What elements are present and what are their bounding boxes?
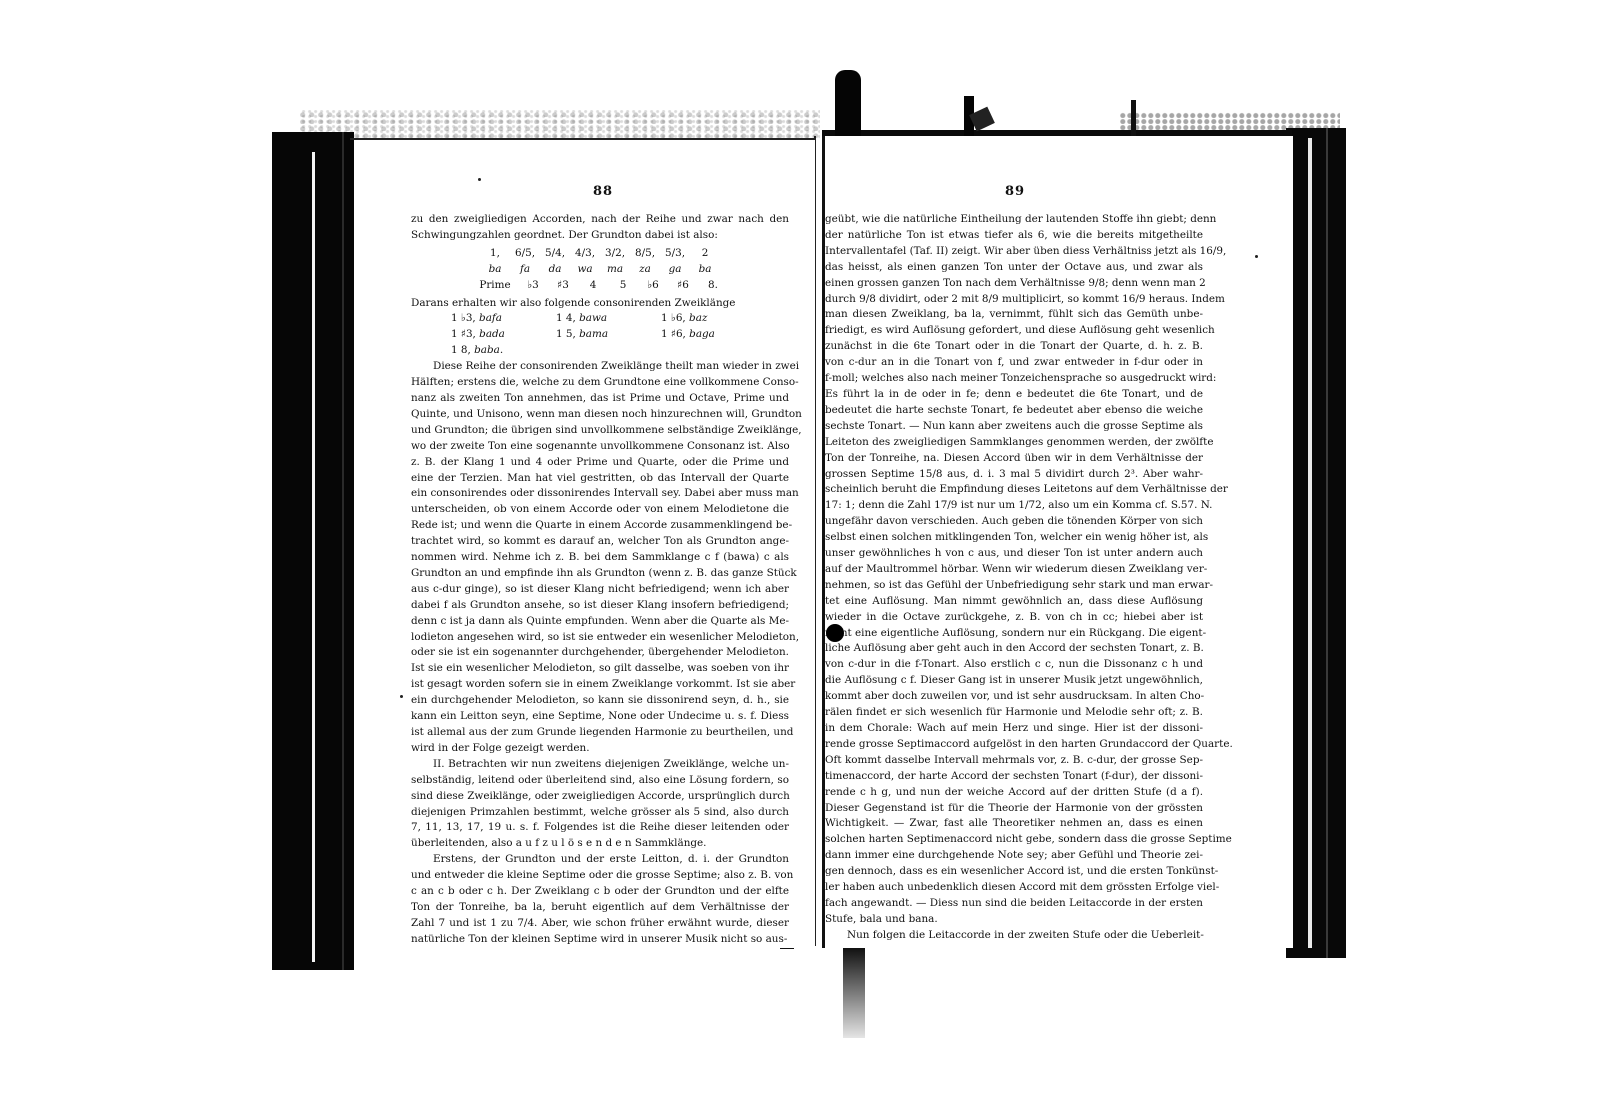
right-page: 89 geübt, wie die natürliche Eintheilung… (822, 136, 1293, 948)
scan-artifact (843, 948, 865, 1038)
text-line: das heisst, als einen ganzen Ton unter d… (825, 260, 1203, 276)
text-line: rende c h g, und nun der weiche Accord a… (825, 785, 1203, 801)
text-line: tet eine Auflösung. Man nimmt gewöhnlich… (825, 594, 1203, 610)
text-line: Leiteton des zweigliedigen Sammklanges g… (825, 435, 1203, 451)
text-line: solchen harten Septimenaccord nicht gebe… (825, 832, 1203, 848)
syllable: ba (480, 262, 510, 278)
text-line: eine der Terzien. Man hat viel gestritte… (411, 471, 789, 487)
interval: ♭6 (638, 278, 668, 294)
text-line: von c-dur in die f-Tonart. Also erstlich… (825, 657, 1203, 673)
scan-artifact (835, 70, 861, 136)
text-line: Quinte, und Unisono, wenn man diesen noc… (411, 407, 789, 423)
text-line: Darans erhalten wir also folgende conson… (411, 296, 789, 312)
paragraph: geübt, wie die natürliche Eintheilung de… (825, 212, 1203, 928)
text-line: durch 9/8 dividirt, oder 2 mit 8/9 multi… (825, 292, 1203, 308)
text-line: ein consonirendes oder dissonirendes Int… (411, 486, 789, 502)
consonant-row: 1 ♯3, bada1 5, bama1 ♯6, baga1 8, baba. (451, 327, 789, 359)
syllable: za (630, 262, 660, 278)
text-line: nehmen, so ist das Gefühl der Unbefriedi… (825, 578, 1203, 594)
text-line: denn c ist ja dann als Quinte empfunden.… (411, 614, 789, 630)
text-line: rälen findet er sich wesenlich für Harmo… (825, 705, 1203, 721)
ratio: 3/2, (600, 246, 630, 262)
ink-blot (826, 624, 844, 642)
ratio: 2 (690, 246, 720, 262)
scan-speck (478, 178, 481, 181)
paragraph: Nun folgen die Leitaccorde in der zweite… (825, 928, 1203, 944)
text-line: nommen wird. Nehme ich z. B. bei dem Sam… (411, 550, 789, 566)
ratio: 1, (480, 246, 510, 262)
page-number: 89 (1005, 184, 1025, 199)
text-line: zunächst in die 6te Tonart oder in die T… (825, 339, 1203, 355)
text-line: selbst einen solchen mitklingenden Ton, … (825, 530, 1203, 546)
consonant-cell: 1 8, baba. (451, 343, 521, 359)
interval: 5 (608, 278, 638, 294)
ratio: 5/4, (540, 246, 570, 262)
text-line: Rede ist; und wenn die Quarte in einem A… (411, 518, 789, 534)
ratio-row: 1,6/5,5/4,4/3,3/2,8/5,5/3,2 (411, 246, 789, 262)
consonant-cell: 1 ♯6, baga (661, 327, 766, 343)
text-line: diejenigen Primzahlen bestimmt, welche g… (411, 805, 789, 821)
text-line: scheinlich beruht die Empfindung dieses … (825, 482, 1203, 498)
interval: ♯6 (668, 278, 698, 294)
text-line: Zahl 7 und ist 1 zu 7/4. Aber, wie schon… (411, 916, 789, 932)
consonant-cell: 1 4, bawa (556, 311, 661, 327)
ratio: 4/3, (570, 246, 600, 262)
text-line: ler haben auch unbedenklich diesen Accor… (825, 880, 1203, 896)
text-line: überleitenden, also a u f z u l ö s e n … (411, 836, 789, 852)
text-line: unterscheiden, ob von einem Accorde oder… (411, 502, 789, 518)
text-line: nanz als zweiten Ton annehmen, das ist P… (411, 391, 789, 407)
text-line: trachtet wird, so kommt es darauf an, we… (411, 534, 789, 550)
text-line: Schwingungzahlen geordnet. Der Grundton … (411, 228, 789, 244)
text-line: friedigt, es wird Auflösung gefordert, u… (825, 323, 1203, 339)
text-line: selbständig, leitend oder überleitend si… (411, 773, 789, 789)
text-line: grossen Septime 15/8 aus, d. i. 3 mal 5 … (825, 467, 1203, 483)
text-line: wo der zweite Ton eine sogenannte unvoll… (411, 439, 789, 455)
text-line: sechste Tonart. — Nun kann aber zweitens… (825, 419, 1203, 435)
prime-label: Prime (472, 278, 518, 294)
text-line: nicht eine eigentliche Auflösung, sonder… (825, 626, 1203, 642)
syllable: fa (510, 262, 540, 278)
scan-speck (1255, 255, 1258, 258)
text-line: zu den zweigliedigen Accorden, nach der … (411, 212, 789, 228)
text-line: Grundton an und empfinde ihn als Grundto… (411, 566, 789, 582)
syllable: ma (600, 262, 630, 278)
text-line: Ton der Tonreihe, ba la, beruht eigentli… (411, 900, 789, 916)
text-line: lodieton angesehen wird, so ist sie entw… (411, 630, 789, 646)
text-line: und entweder die kleine Septime oder die… (411, 868, 789, 884)
interval: 8. (698, 278, 728, 294)
interval-row: Prime♭3♯345♭6♯68. (411, 278, 789, 294)
text-line: ein durchgehender Melodieton, so kann si… (411, 693, 789, 709)
text-line: Ton der Tonreihe, na. Diesen Accord üben… (825, 451, 1203, 467)
page-number: 88 (593, 184, 613, 199)
text-line: Ist sie ein wesenlicher Melodieton, so g… (411, 661, 789, 677)
text-line: kann ein Leitton seyn, eine Septime, Non… (411, 709, 789, 725)
text-line: wieder in die Octave zurückgehe, z. B. v… (825, 610, 1203, 626)
text-line: Nun folgen die Leitaccorde in der zweite… (825, 928, 1203, 944)
paragraph: Diese Reihe der consonirenden Zweiklänge… (411, 359, 789, 757)
scan-artifact (1131, 100, 1136, 136)
syllable: ba (690, 262, 720, 278)
text-line: fach angewandt. — Diess nun sind die bei… (825, 896, 1203, 912)
text-line: Dieser Gegenstand ist für die Theorie de… (825, 801, 1203, 817)
consonant-cell: 1 ♯3, bada (451, 327, 556, 343)
text-line: die Auflösung c f. Dieser Gang ist in un… (825, 673, 1203, 689)
text-line: und Grundton; die übrigen sind unvollkom… (411, 423, 789, 439)
consonant-cell: 1 ♭3, bafa (451, 311, 556, 327)
text-line: rende grosse Septimaccord aufgelöst in d… (825, 737, 1203, 753)
text-line: Diese Reihe der consonirenden Zweiklänge… (411, 359, 789, 375)
text-line: man diesen Zweiklang, ba la, vernimmt, f… (825, 307, 1203, 323)
text-line: Stufe, bala und bana. (825, 912, 1203, 928)
scan-noise (300, 110, 820, 140)
text-line: von c-dur an in die Tonart von f, und zw… (825, 355, 1203, 371)
text-line: auf der Maultrommel hörbar. Wenn wir wie… (825, 562, 1203, 578)
text-line: Es führt la in de oder in fe; denn e bed… (825, 387, 1203, 403)
text-line: geübt, wie die natürliche Eintheilung de… (825, 212, 1203, 228)
text-line: einen grossen ganzen Ton nach dem Verhäl… (825, 276, 1203, 292)
book-edge-left (272, 132, 354, 970)
consonant-cell: 1 ♭6, baz (661, 311, 766, 327)
text-line: z. B. der Klang 1 und 4 oder Prime und Q… (411, 455, 789, 471)
text-line: Erstens, der Grundton und der erste Leit… (411, 852, 789, 868)
left-page: 88 zu den zweigliedigen Accorden, nach d… (355, 140, 815, 948)
paragraph: Erstens, der Grundton und der erste Leit… (411, 852, 789, 947)
interval: ♭3 (518, 278, 548, 294)
text-line: in dem Chorale: Wach auf mein Herz und s… (825, 721, 1203, 737)
ratio: 8/5, (630, 246, 660, 262)
text-line: ist gesagt worden sofern sie in einem Zw… (411, 677, 789, 693)
text-line: timenaccord, der harte Accord der sechst… (825, 769, 1203, 785)
text-line: gen dennoch, dass es ein wesenlicher Acc… (825, 864, 1203, 880)
text-line: natürliche Ton der kleinen Septime wird … (411, 932, 789, 948)
text-line: Wichtigkeit. — Zwar, fast alle Theoretik… (825, 816, 1203, 832)
paragraph: II. Betrachten wir nun zweitens diejenig… (411, 757, 789, 852)
scan-speck (400, 695, 403, 698)
interval: ♯3 (548, 278, 578, 294)
text-line: 7, 11, 13, 17, 19 u. s. f. Folgendes ist… (411, 820, 789, 836)
text-line: ist allemal aus der zum Grunde liegenden… (411, 725, 789, 741)
syllable: wa (570, 262, 600, 278)
text-line: liche Auflösung aber geht auch in den Ac… (825, 641, 1203, 657)
left-page-text: zu den zweigliedigen Accorden, nach der … (411, 212, 789, 948)
ratio: 6/5, (510, 246, 540, 262)
book-edge-right (1286, 128, 1346, 958)
text-line: oder sie ist ein sogenannter durchgehend… (411, 645, 789, 661)
text-line: Oft kommt dasselbe Intervall mehrmals vo… (825, 753, 1203, 769)
syllable-row: bafadawamazagaba (411, 262, 789, 278)
text-line: c an c b oder c h. Der Zweiklang c b ode… (411, 884, 789, 900)
text-line: 17: 1; denn die Zahl 17/9 ist nur um 1/7… (825, 498, 1203, 514)
text-line: dabei f als Grundton ansehe, so ist dies… (411, 598, 789, 614)
text-line: Hälften; erstens die, welche zu dem Grun… (411, 375, 789, 391)
right-page-text: geübt, wie die natürliche Eintheilung de… (825, 212, 1203, 944)
text-line: dann immer eine durchgehende Note sey; a… (825, 848, 1203, 864)
text-line: f-moll; welches also nach meiner Tonzeic… (825, 371, 1203, 387)
text-line: kommt aber doch zuweilen vor, und ist se… (825, 689, 1203, 705)
text-line: II. Betrachten wir nun zweitens diejenig… (411, 757, 789, 773)
syllable: ga (660, 262, 690, 278)
syllable: da (540, 262, 570, 278)
text-line: ungefähr davon verschieden. Auch geben d… (825, 514, 1203, 530)
ratio-table: 1,6/5,5/4,4/3,3/2,8/5,5/3,2 bafadawamaza… (411, 246, 789, 294)
text-line: der natürliche Ton ist etwas tiefer als … (825, 228, 1203, 244)
interval: 4 (578, 278, 608, 294)
ratio: 5/3, (660, 246, 690, 262)
consonant-table: 1 ♭3, bafa1 4, bawa1 ♭6, baz 1 ♯3, bada1… (451, 311, 789, 359)
text-line: wird in der Folge gezeigt werden. (411, 741, 789, 757)
text-line: Intervallentafel (Taf. II) zeigt. Wir ab… (825, 244, 1203, 260)
text-line: aus c-dur ginge), so ist dieser Klang ni… (411, 582, 789, 598)
consonant-row: 1 ♭3, bafa1 4, bawa1 ♭6, baz (451, 311, 789, 327)
consonant-cell: 1 5, bama (556, 327, 661, 343)
text-line: sind diese Zweiklänge, oder zweigliedige… (411, 789, 789, 805)
text-line: unser gewöhnliches h von c aus, und dies… (825, 546, 1203, 562)
text-line: bedeutet die harte sechste Tonart, fe be… (825, 403, 1203, 419)
